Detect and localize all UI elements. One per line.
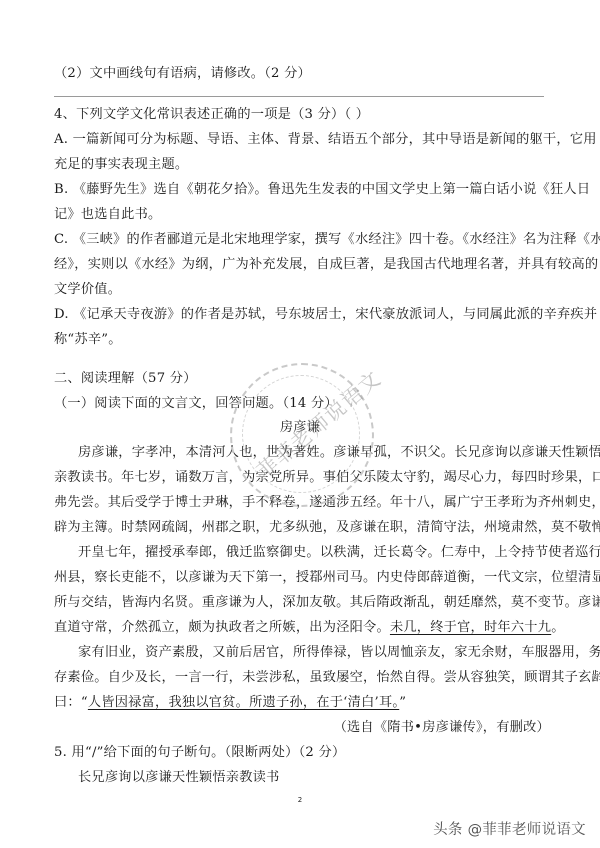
question-5-sentence: 长兄彦询以彦谦天性颖悟亲教读书 — [78, 770, 578, 786]
exam-page: （2）文中画线句有语病，请修改。（2 分） 4、下列文学文化常识表述正确的一项是… — [0, 0, 600, 848]
passage-p3-line-2: 存素俭。自少及长，一言一行，未尝涉私，虽致屡空，怡然自得。尝从容独笑，顾谓其子玄… — [54, 670, 554, 686]
passage-source: （选自《隋书•房彦谦传》，有删改） — [334, 720, 550, 736]
option-d-line-2: 称“苏辛”。 — [54, 332, 554, 348]
plain-text: 曰：“ — [54, 695, 88, 710]
section-heading: 二、阅读理解（57 分） — [54, 371, 554, 387]
passage-title: 房彦谦 — [0, 420, 600, 436]
option-b-line-1: B. 《藤野先生》选自《朝花夕拾》。鲁迅先生发表的中国文学史上第一篇白话小说《狂… — [54, 182, 554, 198]
option-b-line-2: 记》也选自此书。 — [54, 207, 554, 223]
passage-p3-line-3: 曰：“人皆因禄富，我独以官贫。所遗子孙，在于‘清白’耳。” — [54, 695, 554, 711]
option-c-line-3: 文学价值。 — [54, 282, 554, 298]
option-a-line-2: 充足的事实表现主题。 — [54, 157, 554, 173]
question-4-stem: 4、下列文学文化常识表述正确的一项是（3 分）（ ） — [54, 107, 554, 123]
passage-p2-line-4: 直道守常，介然孤立，颇为执政者之所嫉，出为泾阳令。未几，终于官，时年六十九。 — [54, 620, 554, 636]
passage-p1-line-3: 弗先尝。其后受学于博士尹琳，手不释卷，遂通涉五经。年十八，属广宁王孝珩为齐州刺史… — [54, 495, 554, 511]
passage-p2-line-1: 开皇七年，擢授承奉郎，俄迁监察御史。以秩满，迁长葛令。仁寿中，上令持节使者巡行 — [78, 545, 578, 561]
footer-watermark: 头条 @菲菲老师说语文 — [433, 818, 586, 839]
passage-p1-line-1: 房彦谦，字孝冲，本清河人也，世为著姓。彦谦早孤，不识父。长兄彦询以彦谦天性颖悟 — [78, 445, 578, 461]
underlined-sentence: 人皆因禄富，我独以官贫。所遗子孙，在于‘清白’耳。 — [88, 695, 399, 710]
option-c-line-1: C. 《三峡》的作者郦道元是北宋地理学家，撰写《水经注》四十卷。《水经注》名为注… — [54, 232, 554, 248]
passage-p2-line-2: 州县，察长吏能不，以彦谦为天下第一，授鄀州司马。内史侍郎薛道衡，一代文宗，位望清… — [54, 570, 554, 586]
plain-text: 。 — [551, 620, 564, 635]
plain-text: 直道守常，介然孤立，颇为执政者之所嫉，出为泾阳令。 — [54, 620, 390, 635]
part-heading: （一）阅读下面的文言文，回答问题。（14 分） — [54, 396, 554, 412]
answer-line — [54, 96, 544, 97]
passage-p2-line-3: 所与交结，皆海内名贤。重彦谦为人，深加友敬。其后隋政渐乱，朝廷靡然，莫不变节。彦… — [54, 595, 554, 611]
question-3-sub-2: （2）文中画线句有语病，请修改。（2 分） — [54, 66, 554, 82]
passage-p1-line-2: 亲教读书。年七岁，诵数万言，为宗党所异。事伯父乐陵太守豹，竭尽心力，每四时珍果，… — [54, 470, 554, 486]
passage-p3-line-1: 家有旧业，资产素殷，又前后居官，所得俸禄，皆以周恤亲友，家无余财，车服器用，务 — [78, 645, 578, 661]
underlined-sentence: 未几，终于官，时年六十九 — [390, 620, 551, 635]
option-c-line-2: 经》，实则以《水经》为纲，广为补充发展，自成巨著，是我国古代地理名著，并具有较高… — [54, 257, 554, 273]
option-a-line-1: A. 一篇新闻可分为标题、导语、主体、背景、结语五个部分，其中导语是新闻的躯干，… — [54, 132, 554, 148]
passage-p1-line-4: 辟为主簿。时禁网疏阔，州郡之职，尤多纵弛，及彦谦在职，清简守法，州境肃然，莫不敬… — [54, 520, 554, 536]
plain-text: ” — [399, 695, 406, 710]
option-d-line-1: D. 《记承天寺夜游》的作者是苏轼，号东坡居士，宋代豪放派词人，与同属此派的辛弃… — [54, 307, 554, 323]
page-number: 2 — [0, 796, 600, 804]
question-5-stem: 5. 用“/”给下面的句子断句。（限断两处）（2 分） — [54, 745, 554, 761]
